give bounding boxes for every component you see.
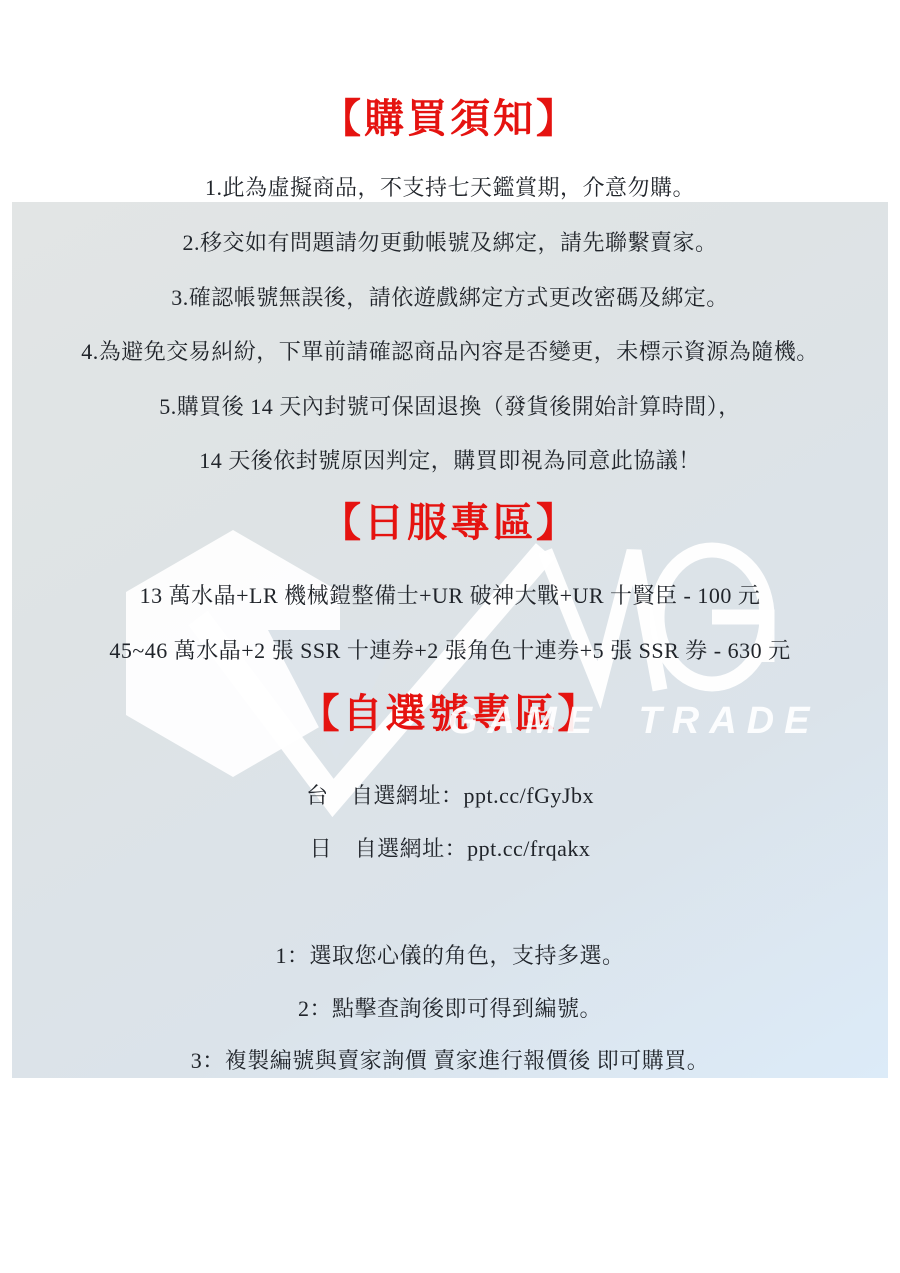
notice-item-2: 2.移交如有問題請勿更動帳號及綁定，請先聯繫賣家。 bbox=[0, 231, 900, 255]
step-1: 1：選取您心儀的角色，支持多選。 bbox=[0, 944, 900, 968]
custom-number-section-title: 【自選號專區】 bbox=[0, 692, 900, 736]
jp-offer-2: 45~46 萬水晶+2 張 SSR 十連券+2 張角色十連券+5 張 SSR 券… bbox=[0, 639, 900, 663]
notice-item-3: 3.確認帳號無誤後，請依遊戲綁定方式更改密碼及綁定。 bbox=[0, 286, 900, 310]
tw-selection-url-link[interactable]: 台 自選網址：ppt.cc/fGyJbx bbox=[0, 784, 900, 808]
step-2: 2：點擊查詢後即可得到編號。 bbox=[0, 997, 900, 1021]
purchase-notice-page: 【購買須知】 1.此為虛擬商品，不支持七天鑑賞期，介意勿購。 2.移交如有問題請… bbox=[0, 0, 900, 1273]
notice-item-5: 5.購買後 14 天內封號可保固退換（發貨後開始計算時間）， bbox=[0, 395, 900, 419]
step-3: 3：複製編號與賣家詢價 賣家進行報價後 即可購買。 bbox=[0, 1049, 900, 1073]
notice-item-4: 4.為避免交易糾紛，下單前請確認商品內容是否變更，未標示資源為隨機。 bbox=[0, 340, 900, 364]
jp-selection-url-link[interactable]: 日 自選網址：ppt.cc/frqakx bbox=[0, 837, 900, 861]
notice-item-5-continued: 14 天後依封號原因判定，購買即視為同意此協議！ bbox=[0, 449, 900, 473]
jp-server-section-title: 【日服專區】 bbox=[0, 501, 900, 545]
notice-item-1: 1.此為虛擬商品，不支持七天鑑賞期，介意勿購。 bbox=[0, 176, 900, 200]
page-title: 【購買須知】 bbox=[0, 97, 900, 141]
jp-offer-1: 13 萬水晶+LR 機械鎧整備士+UR 破神大戰+UR 十賢臣 - 100 元 bbox=[0, 584, 900, 608]
